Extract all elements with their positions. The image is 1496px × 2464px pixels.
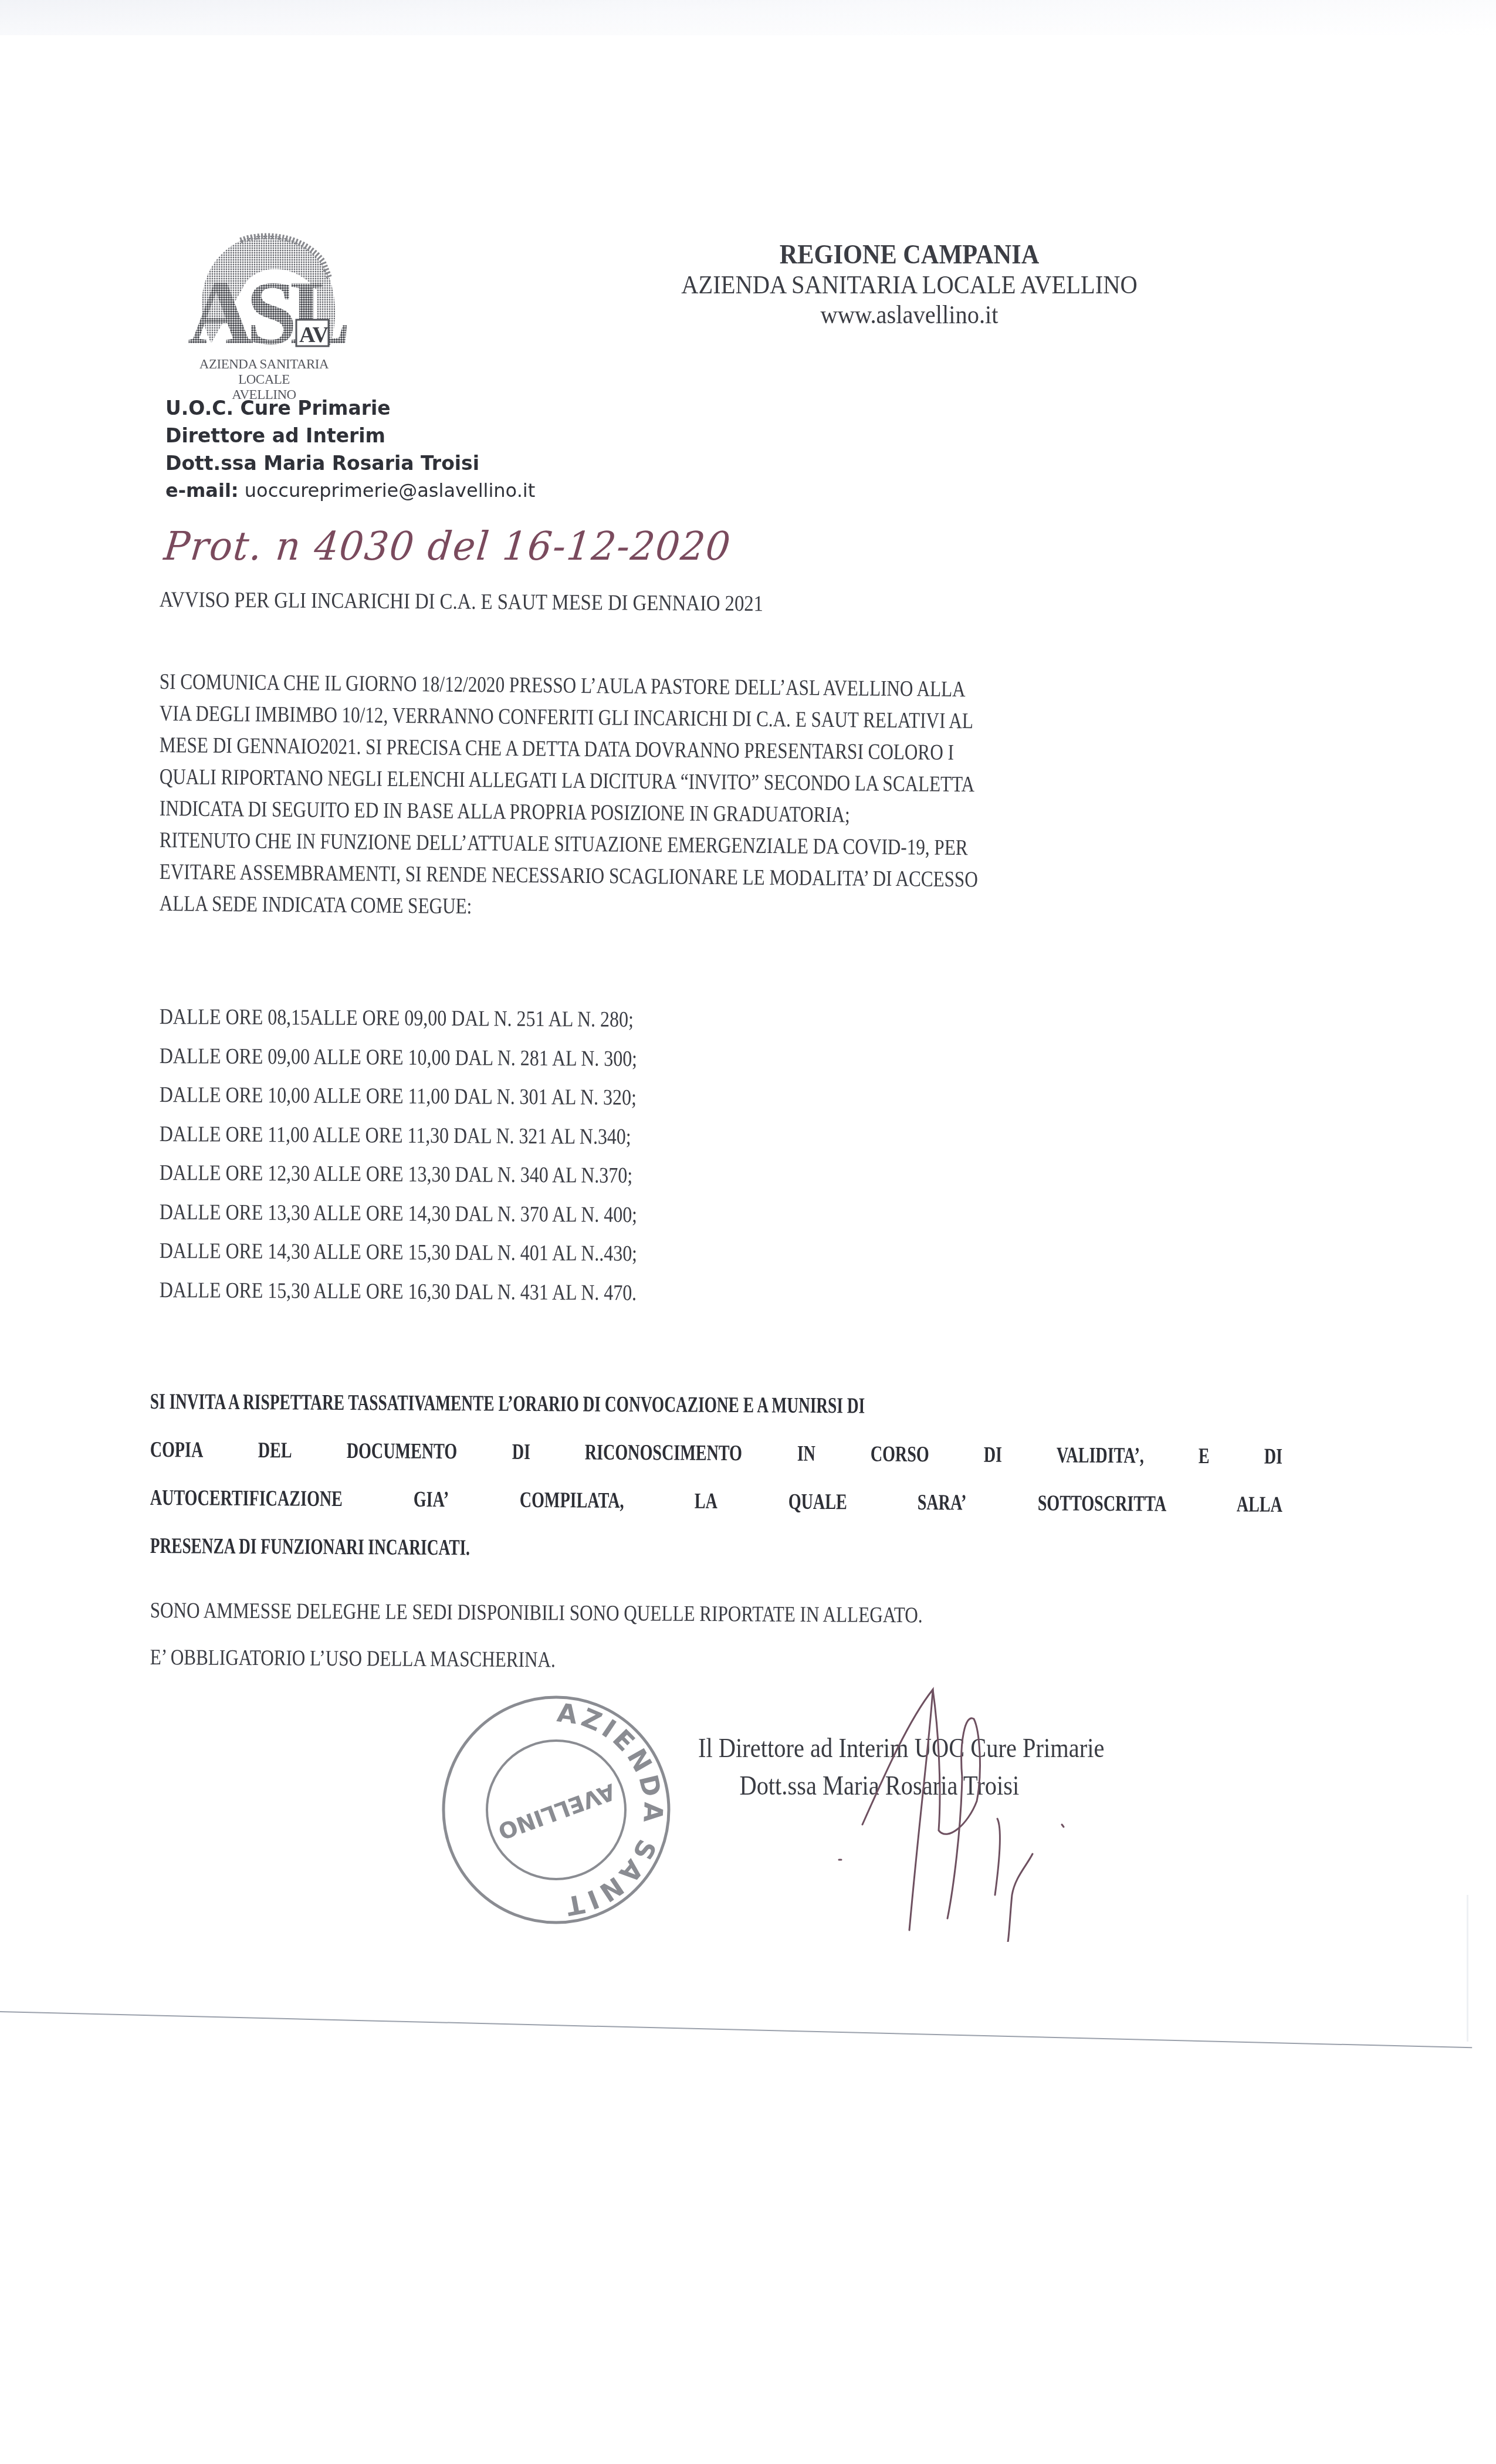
office-director-name: Dott.ssa Maria Rosaria Troisi bbox=[165, 449, 535, 477]
schedule-item: DALLE ORE 09,00 ALLE ORE 10,00 DAL N. 28… bbox=[160, 1037, 637, 1079]
office-role: Direttore ad Interim bbox=[165, 422, 535, 449]
bold-notice-word: CORSO bbox=[870, 1430, 929, 1478]
bold-notice-word: DOCUMENTO bbox=[346, 1427, 457, 1475]
bold-notice-word: GIA’ bbox=[413, 1475, 449, 1524]
bold-notice-word: SOTTOSCRITTA bbox=[1037, 1479, 1166, 1528]
logo-caption-line1: AZIENDA SANITARIA LOCALE bbox=[176, 357, 352, 387]
closing-notes: SONO AMMESSE DELEGHE LE SEDI DISPONIBILI… bbox=[150, 1587, 1092, 1681]
bold-notice-line: PRESENZA DI FUNZIONARI INCARICATI. bbox=[150, 1522, 1282, 1577]
handwritten-signature bbox=[821, 1684, 1150, 1942]
bold-notice-line: COPIADELDOCUMENTODIRICONOSCIMENTOINCORSO… bbox=[150, 1426, 1282, 1481]
schedule-item: DALLE ORE 10,00 ALLE ORE 11,00 DAL N. 30… bbox=[160, 1075, 637, 1118]
stamp-seal-icon: AZIENDA SANITARIA LOCALE AVELLINO bbox=[439, 1693, 673, 1927]
bold-notice-word: IN bbox=[797, 1430, 816, 1478]
bold-notice-word: DEL bbox=[258, 1426, 292, 1474]
schedule-item: DALLE ORE 14,30 ALLE ORE 15,30 DAL N. 40… bbox=[160, 1231, 637, 1274]
asl-logo-icon: ASL AV bbox=[176, 226, 352, 361]
bold-notice-word: DI bbox=[512, 1428, 530, 1476]
letterhead: REGIONE CAMPANIA AZIENDA SANITARIA LOCAL… bbox=[587, 239, 1232, 330]
bold-notice-word: VALIDITA’, bbox=[1057, 1431, 1145, 1480]
office-unit: U.O.C. Cure Primarie bbox=[165, 394, 535, 422]
bold-notice-word: SI INVITA A RISPETTARE TASSATIVAMENTE L’… bbox=[150, 1377, 865, 1430]
bold-notice-word: SARA’ bbox=[917, 1478, 966, 1527]
stamp-inner-text: AVELLINO bbox=[495, 1778, 618, 1844]
scan-page-edge bbox=[0, 2011, 1472, 2048]
bold-notice-word: E bbox=[1199, 1432, 1210, 1480]
notice-body: SI COMUNICA CHE IL GIORNO 18/12/2020 PRE… bbox=[160, 666, 1491, 919]
bold-notice-word: AUTOCERTIFICAZIONE bbox=[150, 1474, 343, 1523]
bold-notice-word: COMPILATA, bbox=[519, 1476, 624, 1525]
bold-notice-word: ALLA bbox=[1237, 1480, 1283, 1528]
svg-text:AV: AV bbox=[299, 323, 329, 347]
office-contact-block: U.O.C. Cure Primarie Direttore ad Interi… bbox=[165, 394, 535, 505]
region-name: REGIONE CAMPANIA bbox=[612, 239, 1206, 270]
schedule-item: DALLE ORE 15,30 ALLE ORE 16,30 DAL N. 43… bbox=[160, 1271, 637, 1313]
schedule-item: DALLE ORE 08,15ALLE ORE 09,00 DAL N. 251… bbox=[160, 997, 637, 1040]
bold-notice-line: AUTOCERTIFICAZIONEGIA’COMPILATA,LAQUALES… bbox=[150, 1474, 1282, 1529]
bold-notice-word: PRESENZA DI FUNZIONARI INCARICATI. bbox=[150, 1522, 470, 1572]
official-stamp: AZIENDA SANITARIA LOCALE AVELLINO bbox=[439, 1693, 673, 1927]
signature-scribble-icon bbox=[821, 1684, 1150, 1942]
bold-notice-word: QUALE bbox=[788, 1478, 847, 1527]
scan-page-edge-right bbox=[1467, 1895, 1468, 2042]
schedule-item: DALLE ORE 13,30 ALLE ORE 14,30 DAL N. 37… bbox=[160, 1193, 637, 1235]
bold-notice-word: DI bbox=[1264, 1433, 1282, 1481]
schedule-list: DALLE ORE 08,15ALLE ORE 09,00 DAL N. 251… bbox=[160, 997, 728, 1309]
office-email-line: e-mail: uoccureprimerie@aslavellino.it bbox=[165, 477, 535, 505]
agency-name: AZIENDA SANITARIA LOCALE AVELLINO bbox=[612, 270, 1206, 300]
closing-line-mask: E’ OBBLIGATORIO L’USO DELLA MASCHERINA. bbox=[150, 1634, 923, 1685]
bold-notice-word: RICONOSCIMENTO bbox=[585, 1429, 743, 1478]
bold-notice-word: LA bbox=[695, 1477, 718, 1525]
agency-website[interactable]: www.aslavellino.it bbox=[612, 300, 1206, 330]
handwritten-protocol-number: Prot. n 4030 del 16-12-2020 bbox=[162, 524, 733, 570]
scan-shadow-top bbox=[0, 0, 1496, 35]
email-label: e-mail: bbox=[165, 479, 239, 502]
bold-notice-word: COPIA bbox=[150, 1426, 203, 1474]
notice-title: AVVISO PER GLI INCARICHI DI C.A. E SAUT … bbox=[160, 587, 763, 617]
email-address[interactable]: uoccureprimerie@aslavellino.it bbox=[245, 479, 535, 502]
closing-line-delegations: SONO AMMESSE DELEGHE LE SEDI DISPONIBILI… bbox=[150, 1587, 923, 1639]
bold-notice-word: DI bbox=[983, 1431, 1002, 1479]
schedule-item: DALLE ORE 11,00 ALLE ORE 11,30 DAL N. 32… bbox=[160, 1115, 637, 1157]
schedule-item: DALLE ORE 12,30 ALLE ORE 13,30 DAL N. 34… bbox=[160, 1153, 637, 1196]
bold-requirements-notice: SI INVITA A RISPETTARE TASSATIVAMENTE L’… bbox=[150, 1377, 1282, 1570]
bold-notice-line: SI INVITA A RISPETTARE TASSATIVAMENTE L’… bbox=[150, 1377, 1282, 1433]
